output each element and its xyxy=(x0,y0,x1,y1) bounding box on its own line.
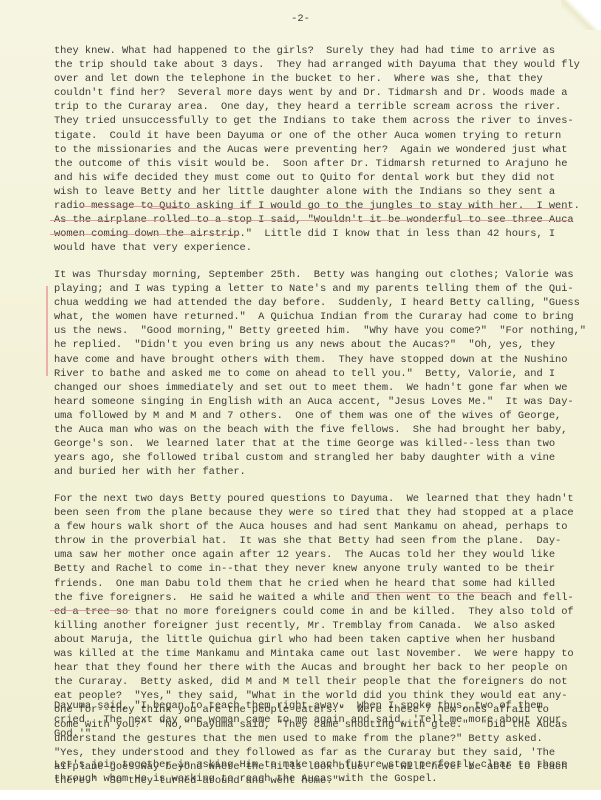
text-line: They tried unsuccessfully to get the Ind… xyxy=(54,114,594,128)
text-line: the Curaray. Betty asked, did M and M te… xyxy=(54,675,594,689)
red-margin-line xyxy=(46,286,48,376)
text-line: the trip should take about 3 days. They … xyxy=(54,58,594,72)
text-line: George's son. We learned later that at t… xyxy=(54,437,594,451)
page-number: -2- xyxy=(0,13,601,25)
text-line: trip to the Curaray area. One day, they … xyxy=(54,100,594,114)
red-underline xyxy=(50,610,130,611)
text-line: heard someone singing in English with an… xyxy=(54,395,594,409)
red-underline xyxy=(50,234,240,235)
text-line: the five foreigners. He said he waited a… xyxy=(54,591,594,605)
text-line: changed our shoes immediately and set ou… xyxy=(54,381,594,395)
red-underline xyxy=(360,592,510,593)
text-line: tigate. Could it have been Dayuma or one… xyxy=(54,129,594,143)
text-line: what, the women have returned." A Quichu… xyxy=(54,310,594,324)
text-line: God.'" xyxy=(54,727,594,741)
text-line: throw in the proverbial hat. It was she … xyxy=(54,534,594,548)
text-line: Betty and Rachel to come in--that they n… xyxy=(54,562,594,576)
text-line: couldn't find her? Several more days wen… xyxy=(54,86,594,100)
paragraph-3: For the next two days Betty poured quest… xyxy=(54,492,594,788)
text-line: about Maruja, the little Quichua girl wh… xyxy=(54,633,594,647)
text-line: chua wedding we had attended the day bef… xyxy=(54,296,594,310)
text-line: would have that very experience. xyxy=(54,241,594,255)
text-line: us the news. "Good morning," Betty greet… xyxy=(54,324,594,338)
text-line: to the missionaries and the Aucas were p… xyxy=(54,143,594,157)
text-line: and his wife decided they must come out … xyxy=(54,171,594,185)
text-line: hear that they found her there with the … xyxy=(54,661,594,675)
paragraph-4: Dayuma said, "I began to teach them righ… xyxy=(54,699,594,741)
text-line: a few hours walk short of the Auca house… xyxy=(54,520,594,534)
text-line: Dayuma said, "I began to teach them righ… xyxy=(54,699,594,713)
paragraph-1: they knew. What had happened to the girl… xyxy=(54,44,594,255)
text-line: been seen from the plane because they we… xyxy=(54,506,594,520)
text-line: Let's join together in asking Him to mak… xyxy=(54,758,594,772)
paragraph-2: It was Thursday morning, September 25th.… xyxy=(54,268,594,479)
text-line: friends. One man Dabu told them that he … xyxy=(54,577,594,591)
text-line: over and let down the telephone in the b… xyxy=(54,72,594,86)
typewritten-page: -2- they knew. What had happened to the … xyxy=(0,0,601,800)
text-line: killing another foreigner just recently,… xyxy=(54,619,594,633)
text-line: through whom He is working to reach the … xyxy=(54,772,594,786)
red-underline xyxy=(80,206,180,207)
text-line: cried. The next day one woman came to me… xyxy=(54,713,594,727)
text-line: uma followed by M and M and 7 others. On… xyxy=(54,409,594,423)
paragraph-5: Let's join together in asking Him to mak… xyxy=(54,758,594,786)
page-bottom-edge xyxy=(0,790,601,800)
text-line: the Auca man who was on the beach with t… xyxy=(54,423,594,437)
text-line: have come and have brought others with t… xyxy=(54,353,594,367)
text-line: years ago, she followed tribal custom an… xyxy=(54,451,594,465)
text-line: he replied. "Didn't you even bring us an… xyxy=(54,338,594,352)
text-line: playing; and I was typing a letter to Na… xyxy=(54,282,594,296)
text-line: For the next two days Betty poured quest… xyxy=(54,492,594,506)
text-line: ed a tree so that no more foreigners cou… xyxy=(54,605,594,619)
red-underline xyxy=(150,208,570,209)
text-line: wish to leave Betty and her little daugh… xyxy=(54,185,594,199)
text-line: they knew. What had happened to the girl… xyxy=(54,44,594,58)
text-line: the outcome of this visit would be. Soon… xyxy=(54,157,594,171)
text-line: River to bathe and asked me to come on a… xyxy=(54,367,594,381)
text-line: uma saw her mother once again after 12 y… xyxy=(54,548,594,562)
text-line: and buried her with her father. xyxy=(54,465,594,479)
text-line: It was Thursday morning, September 25th.… xyxy=(54,268,594,282)
red-underline xyxy=(50,220,570,221)
text-line: was killed at the time Mankamu and Minta… xyxy=(54,647,594,661)
